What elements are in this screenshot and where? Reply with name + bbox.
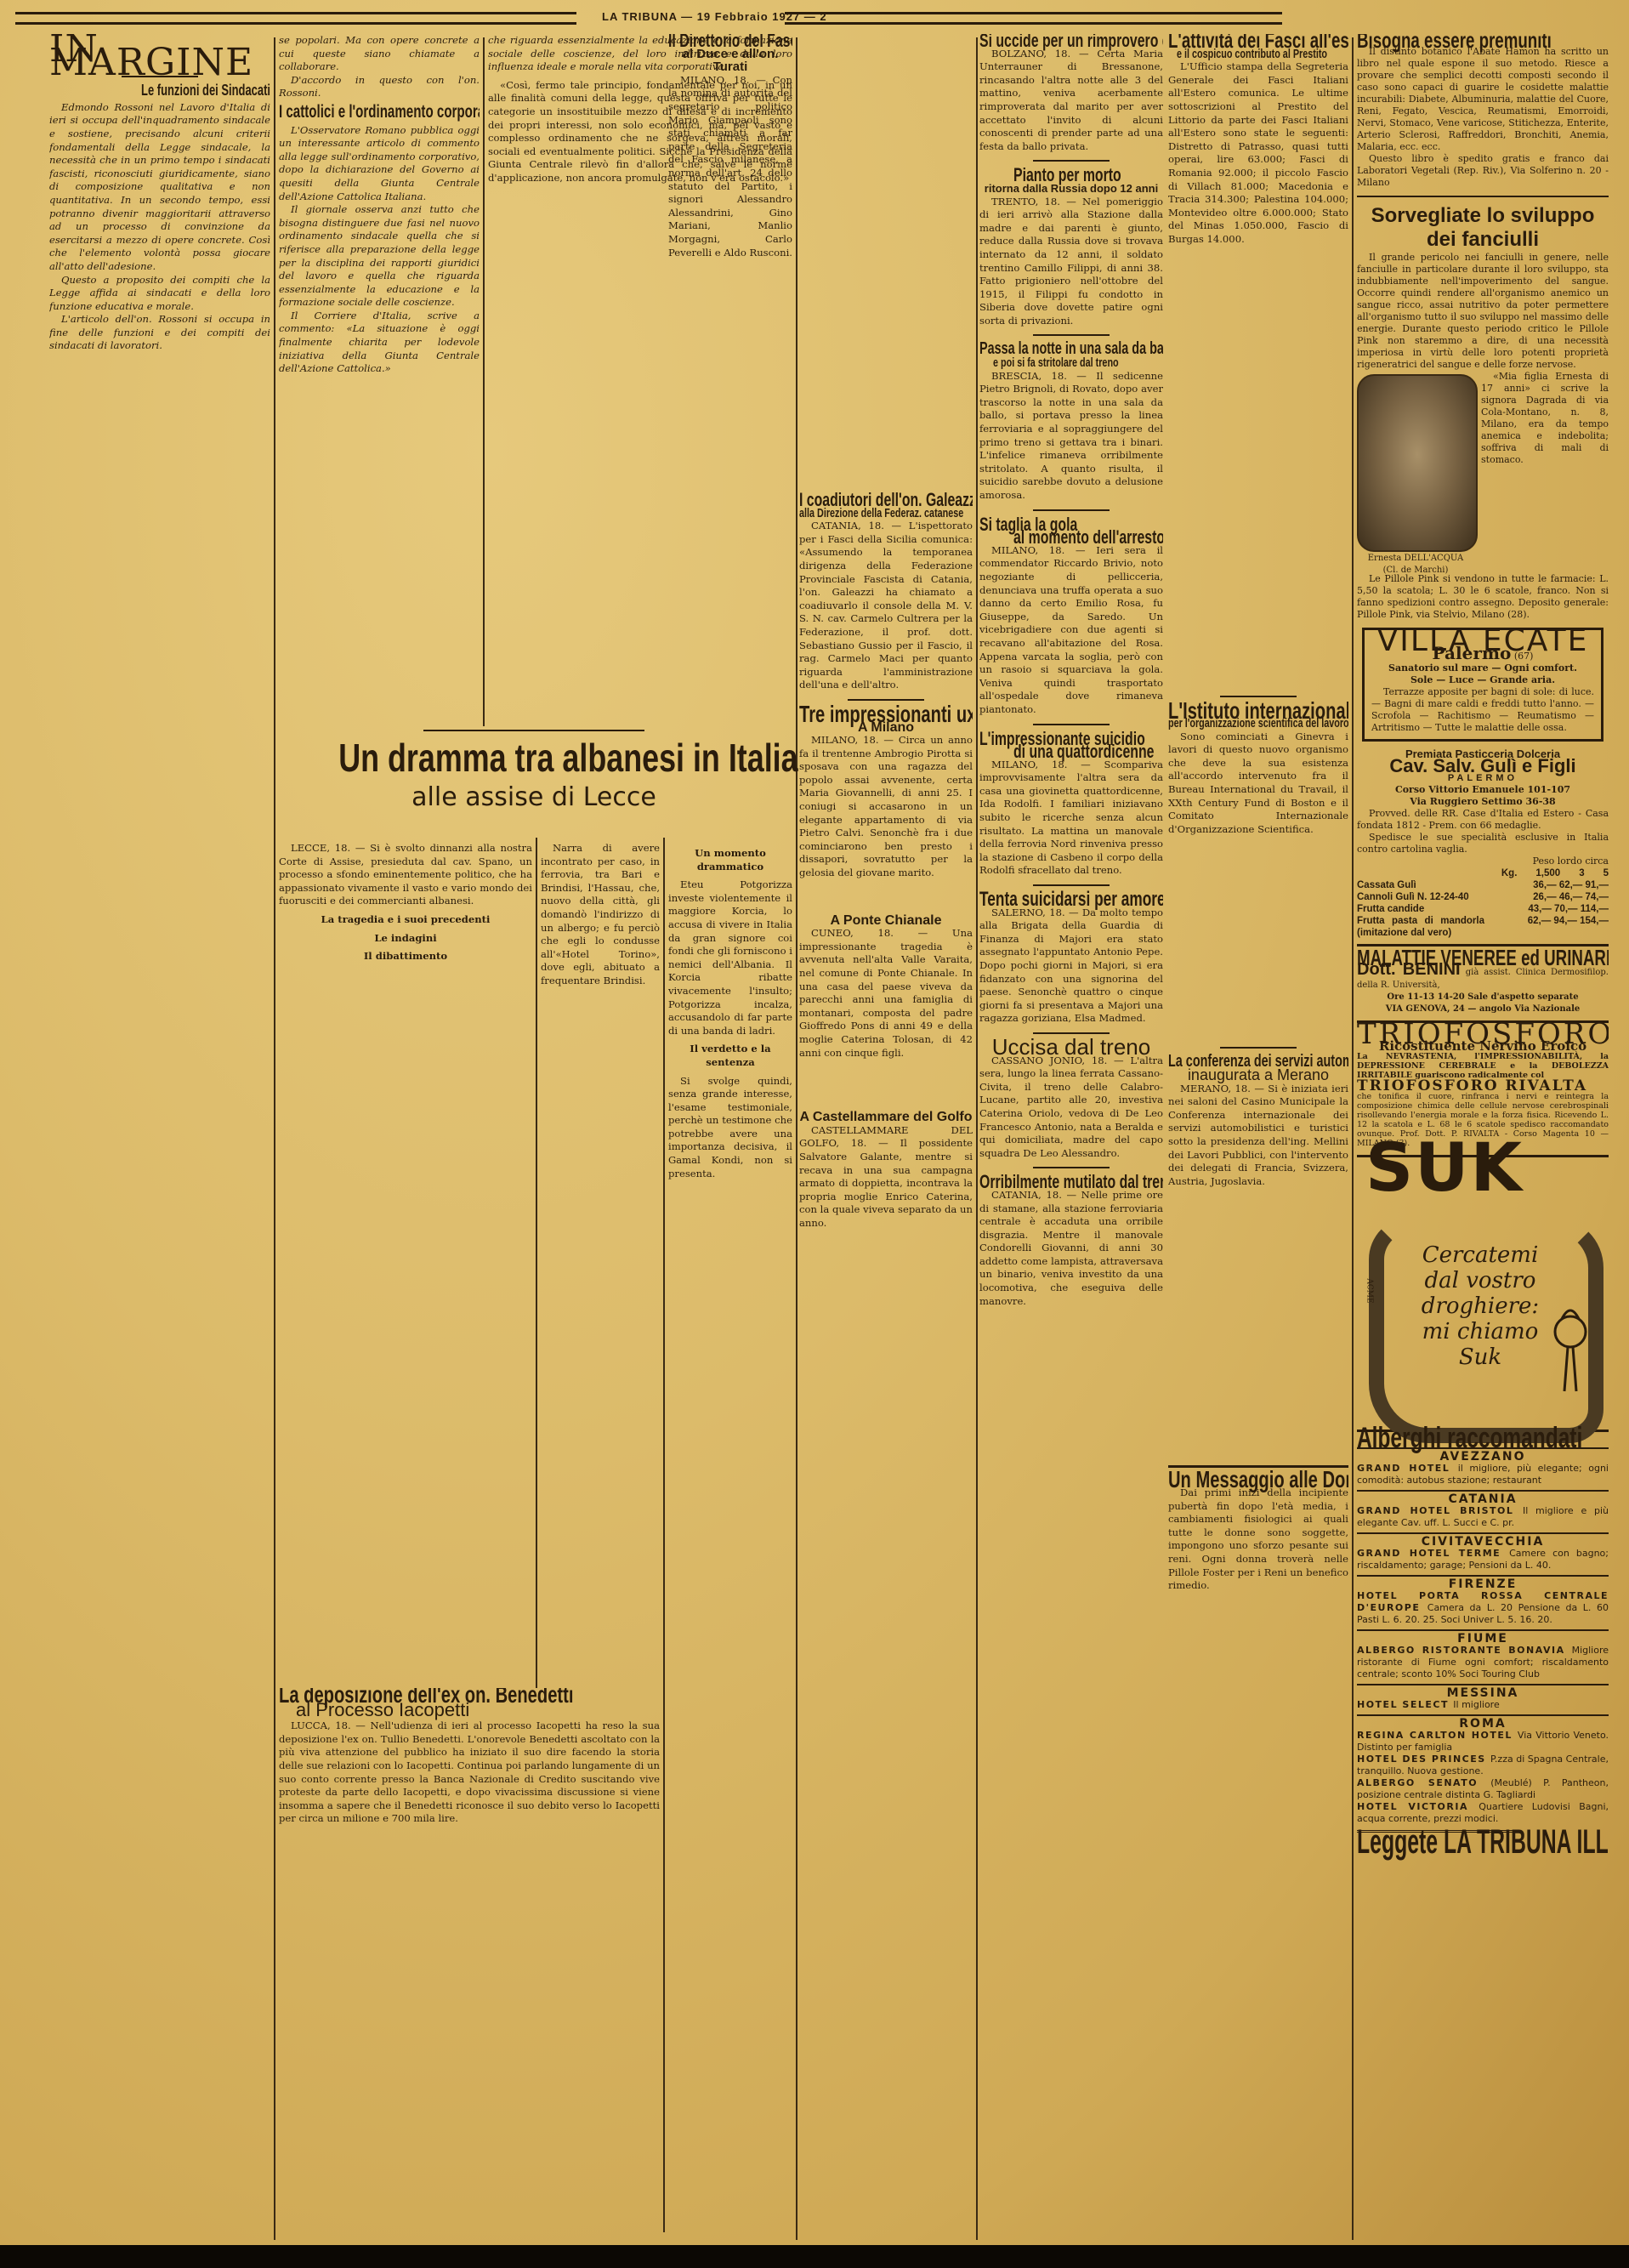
price-header-cell: 5	[1603, 867, 1609, 879]
guli-text: Provved. delle RR. Case d'Italia ed Este…	[1357, 808, 1609, 832]
paragraph: Dai primi inizi della incipiente pubertà…	[1168, 1486, 1348, 1593]
hotel-city: CATANIA	[1357, 1490, 1609, 1505]
paragraph: BRESCIA, 18. — Il sedicenne Pietro Brign…	[979, 370, 1163, 503]
guli-addr1: Corso Vittorio Emanuele 101-107	[1357, 784, 1609, 796]
price-values: 26,— 46,— 74,—	[1533, 891, 1609, 903]
in-margine-title: IN MARGINE	[49, 43, 270, 69]
tribuna-illustrata-footer: Leggete LA TRIBUNA ILLUSTRATA	[1357, 1830, 1513, 1848]
subheading: Il verdetto e la sentenza	[668, 1043, 792, 1069]
column-in-margine: IN MARGINE Le funzioni dei Sindacati Edm…	[49, 34, 270, 2220]
column-rule	[274, 37, 275, 2240]
hotel-entry: GRAND HOTEL il migliore, più elegante; o…	[1357, 1463, 1609, 1486]
gola-subhead: al momento dell'arresto	[1013, 531, 1121, 544]
mutilato-headline: Orribilmente mutilato dal treno	[979, 1175, 1112, 1189]
benini-ad: MALATTIE VENEREE ed URINARIE Dott. BENIN…	[1357, 952, 1609, 1015]
hotel-entry: GRAND HOTEL BRISTOL Il migliore e più el…	[1357, 1505, 1609, 1529]
premuniti-headline: Bisogna essere premuniti	[1357, 34, 1538, 46]
hotel-entry: HOTEL DES PRINCES P.zza di Spagna Centra…	[1357, 1754, 1609, 1777]
amore-headline: Tenta suicidarsi per amore	[979, 893, 1112, 907]
benini-addr: VIA GENOVA, 24 — angolo Via Nazionale	[1357, 1003, 1609, 1015]
galeazzi-subhead: alla Direzione della Federaz. catanese	[799, 507, 924, 520]
paragraph: Questo a proposito dei compiti che la Le…	[49, 274, 270, 314]
hotel-city: FIUME	[1357, 1629, 1609, 1645]
hotel-list: AVEZZANOGRAND HOTEL il migliore, più ele…	[1357, 1447, 1609, 1825]
messaggio-headline: Un Messaggio alle Donne	[1168, 1473, 1298, 1486]
photo-credit: (Cl. de Marchi)	[1357, 566, 1474, 576]
paragraph: Questo libro è spedito gratis e franco d…	[1357, 153, 1609, 189]
divider	[1033, 334, 1110, 336]
column-cronaca: Si uccide per un rimprovero del marito B…	[979, 34, 1163, 2220]
hotel-entry: HOTEL VICTORIA Quartiere Ludovisi Bagni,…	[1357, 1801, 1609, 1825]
sorvegliate-headline: Sorvegliate lo sviluppo dei fanciulli	[1357, 204, 1609, 252]
trio-sub: Ricostituente Nervino Eroico	[1357, 1040, 1609, 1052]
alberghi-head: Alberghi raccomandati	[1357, 1432, 1538, 1444]
pink-price: Le Pillole Pink si vendono in tutte le f…	[1357, 573, 1609, 621]
paragraph: SALERNO, 18. — Da molto tempo alla Briga…	[979, 907, 1163, 1026]
divider	[1033, 724, 1110, 725]
villa-ecate-ad: VILLA ECATE Palermo (67) Sanatorio sul m…	[1362, 628, 1603, 742]
paragraph: CATANIA, 18. — Nelle prime ore di staman…	[979, 1189, 1163, 1308]
column-rule	[663, 838, 665, 2232]
pianto-headline: Pianto per morto	[1013, 168, 1121, 182]
paragraph: MILANO, 18. — Ieri sera il commendator R…	[979, 544, 1163, 717]
hotel-entry: HOTEL SELECT Il migliore	[1357, 1699, 1609, 1711]
conferenza-headline: La conferenza dei servizi automobilistic…	[1168, 1055, 1298, 1069]
direttorio-headline: Il Direttorio del Fascio milanese	[668, 34, 758, 48]
paragraph: Sono cominciati a Ginevra i lavori di qu…	[1168, 730, 1348, 837]
hotel-entry: HOTEL PORTA ROSSA CENTRALE D'EUROPE Came…	[1357, 1590, 1609, 1626]
hotel-city: ROMA	[1357, 1714, 1609, 1730]
column-rule	[536, 838, 537, 1688]
suicidio-subhead: di una quattordicenne	[1013, 745, 1121, 759]
paragraph: D'accordo in questo con l'on. Rossoni.	[279, 74, 480, 100]
paragraph: MERANO, 18. — Si è iniziata ieri nei sal…	[1168, 1083, 1348, 1189]
slogan-line: mi chiamo	[1408, 1319, 1552, 1344]
guli-addr2: Via Ruggiero Settimo 36-38	[1357, 796, 1609, 808]
paragraph: LECCE, 18. — Si è svolto dinnanzi alla n…	[279, 842, 532, 908]
ballo-subhead: e poi si fa stritolare dal treno	[993, 356, 1115, 370]
direttorio-subhead: al Duce e all'on. Turati	[668, 48, 792, 74]
column-estero: L'attività dei Fasci all'estero e il cos…	[1168, 34, 1348, 2220]
benini-head: MALATTIE VENEREE ed URINARIE	[1357, 952, 1538, 963]
divider	[1033, 1167, 1110, 1168]
divider	[1220, 1047, 1297, 1049]
column-direttorio: Il Direttorio del Fascio milanese al Duc…	[668, 34, 792, 757]
price-header-cell: Kg.	[1501, 867, 1518, 879]
section-heading-cattolici: I cattolici e l'ordinamento corporativo	[279, 105, 423, 119]
price-values: 36,— 62,— 91,—	[1533, 879, 1609, 891]
photo-caption: Ernesta DELL'ACQUA	[1357, 554, 1474, 564]
price-item: Frutta pasta di mandorla (imitazione dal…	[1357, 915, 1484, 939]
paragraph: Narra di avere incontrato per caso, in f…	[541, 842, 660, 988]
portrait-photo: Ernesta DELL'ACQUA (Cl. de Marchi)	[1357, 374, 1474, 570]
suk-signature: ACME	[1364, 1278, 1376, 1303]
price-values: 62,— 94,— 154,—	[1528, 915, 1609, 939]
paragraph: L'Osservatore Romano pubblica oggi un in…	[279, 124, 480, 204]
paragraph: Si svolge quindi, senza grande interesse…	[668, 1075, 792, 1181]
price-row: Cannoli Gulì N. 12-24-4026,— 46,— 74,—	[1357, 891, 1609, 903]
subheading: La tragedia e i suoi precedenti	[279, 913, 532, 927]
uccisa-headline: Uccisa dal treno	[979, 1041, 1163, 1054]
slogan-line: Cercatemi	[1408, 1242, 1552, 1268]
divider	[1033, 160, 1110, 162]
column-rule	[796, 37, 797, 2240]
paragraph: BOLZANO, 18. — Certa Maria Unterrauner d…	[979, 48, 1163, 154]
trio-text: La NEVRASTENIA, l'IMPRESSIONABILITÀ, la …	[1357, 1052, 1609, 1080]
price-item: Frutta candide	[1357, 903, 1424, 915]
hotel-entry: ALBERGO SENATO (Meublé) P. Pantheon, pos…	[1357, 1777, 1609, 1801]
fasci-estero-headline: L'attività dei Fasci all'estero	[1168, 34, 1298, 48]
galeazzi-headline: I coadiutori dell'on. Galeazzi	[799, 493, 924, 507]
paragraph: L'Ufficio stampa della Segreteria Genera…	[1168, 60, 1348, 246]
villa-ref: (67)	[1514, 651, 1534, 662]
hotel-entry: GRAND HOTEL TERME Camere con bagno; risc…	[1357, 1548, 1609, 1572]
villa-line: Sole — Luce — Grande aria.	[1371, 674, 1594, 686]
paragraph: Il distinto botanico l'Abate Hamon ha sc…	[1357, 46, 1609, 153]
benedetti-headline: La deposizione dell'ex on. Benedetti	[279, 1688, 553, 1702]
hotel-entry: REGINA CARLTON HOTEL Via Vittorio Veneto…	[1357, 1730, 1609, 1754]
trio-brand: TRIOFOSFORO RIVALTA	[1357, 1080, 1609, 1092]
price-row: Frutta pasta di mandorla (imitazione dal…	[1357, 915, 1609, 939]
column-cattolici: se popolari. Ma con opere concrete a cui…	[279, 34, 480, 714]
scan-border	[0, 2245, 1629, 2268]
paragraph: TRENTO, 18. — Nel pomeriggio di ieri arr…	[979, 196, 1163, 328]
price-row: Frutta candide43,— 70,— 114,—	[1357, 903, 1609, 915]
slogan-line: dal vostro	[1408, 1268, 1552, 1293]
paragraph: se popolari. Ma con opere concrete a cui…	[279, 34, 480, 74]
paragraph: Edmondo Rossoni nel Lavoro d'Italia di i…	[49, 101, 270, 274]
slogan-line: Suk	[1408, 1344, 1552, 1370]
paragraph: MILANO, 18. — Con la nomina di autorità …	[668, 74, 792, 259]
albanesi-column-c: Un momento drammatico Eteu Potgorizza in…	[668, 842, 792, 1692]
paragraph: L'articolo dell'on. Rossoni si occupa in…	[49, 313, 270, 353]
price-header-cell: 1,500	[1535, 867, 1560, 879]
paragraph: MILANO, 18. — Circa un anno fa il trente…	[799, 734, 973, 880]
column-rule	[976, 37, 978, 2240]
paragraph: MILANO, 18. — Scompariva improvvisamente…	[979, 759, 1163, 878]
paragraph: CUNEO, 18. — Una impressionante tragedia…	[799, 927, 973, 1060]
column-rule	[483, 37, 485, 726]
istituto-headline: L'Istituto internazionale	[1168, 704, 1298, 718]
guli-ad: Premiata Pasticceria Dolceria Cav. Salv.…	[1357, 748, 1609, 939]
column-ads: Bisogna essere premuniti Il distinto bot…	[1357, 34, 1609, 2220]
newspaper-page: LA TRIBUNA — 19 Febbraio 1927 — 2 IN MAR…	[0, 0, 1629, 2245]
albanesi-subhead: alle assise di Lecce	[274, 782, 794, 812]
paragraph: CASSANO JONIO, 18. — L'altra sera, lungo…	[979, 1054, 1163, 1161]
paragraph: Il giornale osserva anzi tutto che bisog…	[279, 203, 480, 310]
benini-hours: Ore 11-13 14-20 Sale d'aspetto separate	[1357, 992, 1609, 1003]
section-heading-sindacati: Le funzioni dei Sindacati	[111, 84, 270, 98]
subheading: Il dibattimento	[279, 950, 532, 963]
villa-line: Sanatorio sul mare — Ogni comfort.	[1371, 662, 1594, 674]
albanesi-column-b: Narra di avere incontrato per caso, in f…	[541, 842, 660, 1692]
price-values: 43,— 70,— 114,—	[1528, 903, 1609, 915]
suk-slogan: Cercatemi dal vostro droghiere: mi chiam…	[1408, 1242, 1552, 1370]
guli-ship: Spedisce le sue specialità esclusive in …	[1357, 832, 1609, 855]
price-header-cell: 3	[1579, 867, 1584, 879]
albanesi-column-a: LECCE, 18. — Si è svolto dinnanzi alla n…	[279, 842, 532, 1692]
chef-figure-icon	[1549, 1302, 1592, 1395]
villa-city: Palermo	[1433, 643, 1512, 663]
paragraph: CATANIA, 18. — L'ispettorato per i Fasci…	[799, 520, 973, 692]
fasci-estero-subhead: e il cospicuo contributo al Prestito	[1177, 48, 1300, 61]
castellammare-subhead: A Castellammare del Golfo	[799, 1111, 973, 1124]
portrait-image	[1357, 374, 1478, 552]
guli-name: Cav. Salv. Gulì e Figli	[1357, 760, 1609, 772]
hotel-city: MESSINA	[1357, 1684, 1609, 1699]
paragraph: CASTELLAMMARE DEL GOLFO, 18. — Il possid…	[799, 1124, 973, 1231]
price-item: Cannoli Gulì N. 12-24-40	[1357, 891, 1469, 903]
price-item: Cassata Gulì	[1357, 879, 1416, 891]
paragraph: Il Corriere d'Italia, scrive a commento:…	[279, 310, 480, 376]
paragraph: LUCCA, 18. — Nell'udienza di ieri al pro…	[279, 1719, 660, 1826]
suk-ad: SUK Cercatemi dal vostro droghiere: mi c…	[1357, 1155, 1609, 1432]
price-header: Kg. 1,500 3 5	[1357, 867, 1609, 879]
guli-weight-label: Peso lordo circa	[1357, 855, 1609, 867]
ponte-subhead: A Ponte Chianale	[799, 914, 973, 928]
price-table: Cassata Gulì36,— 62,— 91,—Cannoli Gulì N…	[1357, 879, 1609, 939]
divider	[1033, 509, 1110, 511]
benedetti-article: La deposizione dell'ex on. Benedetti al …	[279, 1688, 660, 2220]
hotel-entry: ALBERGO RISTORANTE BONAVIA Migliore rist…	[1357, 1645, 1609, 1680]
villa-text: Terrazze apposite per bagni di sole: di …	[1371, 686, 1594, 734]
divider	[1357, 196, 1609, 197]
price-row: Cassata Gulì36,— 62,— 91,—	[1357, 879, 1609, 891]
column-rule	[1352, 37, 1354, 2240]
slogan-line: droghiere:	[1408, 1293, 1552, 1319]
uccide-headline: Si uccide per un rimprovero del marito	[979, 34, 1112, 48]
subheading: Un momento drammatico	[668, 847, 792, 873]
hotel-city: FIRENZE	[1357, 1575, 1609, 1590]
divider	[1033, 884, 1110, 886]
paragraph: Il grande pericolo nei fanciulli in gene…	[1357, 252, 1609, 371]
ballo-headline: Passa la notte in una sala da ballo	[979, 343, 1112, 356]
alberghi-ad: Alberghi raccomandati AVEZZANOGRAND HOTE…	[1357, 1432, 1609, 1848]
istituto-subhead: per l'organizzazione scientifica del lav…	[1168, 717, 1298, 730]
column-fatti: MILANO, 18. — Con la nomina di autorità …	[799, 34, 973, 2220]
suk-logo: SUK	[1365, 1162, 1524, 1174]
hotel-city: CIVITAVECCHIA	[1357, 1532, 1609, 1548]
uxoricidi-headline: Tre impressionanti uxoricidi	[799, 708, 924, 721]
subheading: Le indagini	[279, 932, 532, 946]
masthead: LA TRIBUNA — 19 Febbraio 1927 — 2	[15, 7, 1282, 31]
paragraph: Eteu Potgorizza investe violentemente il…	[668, 878, 792, 1037]
